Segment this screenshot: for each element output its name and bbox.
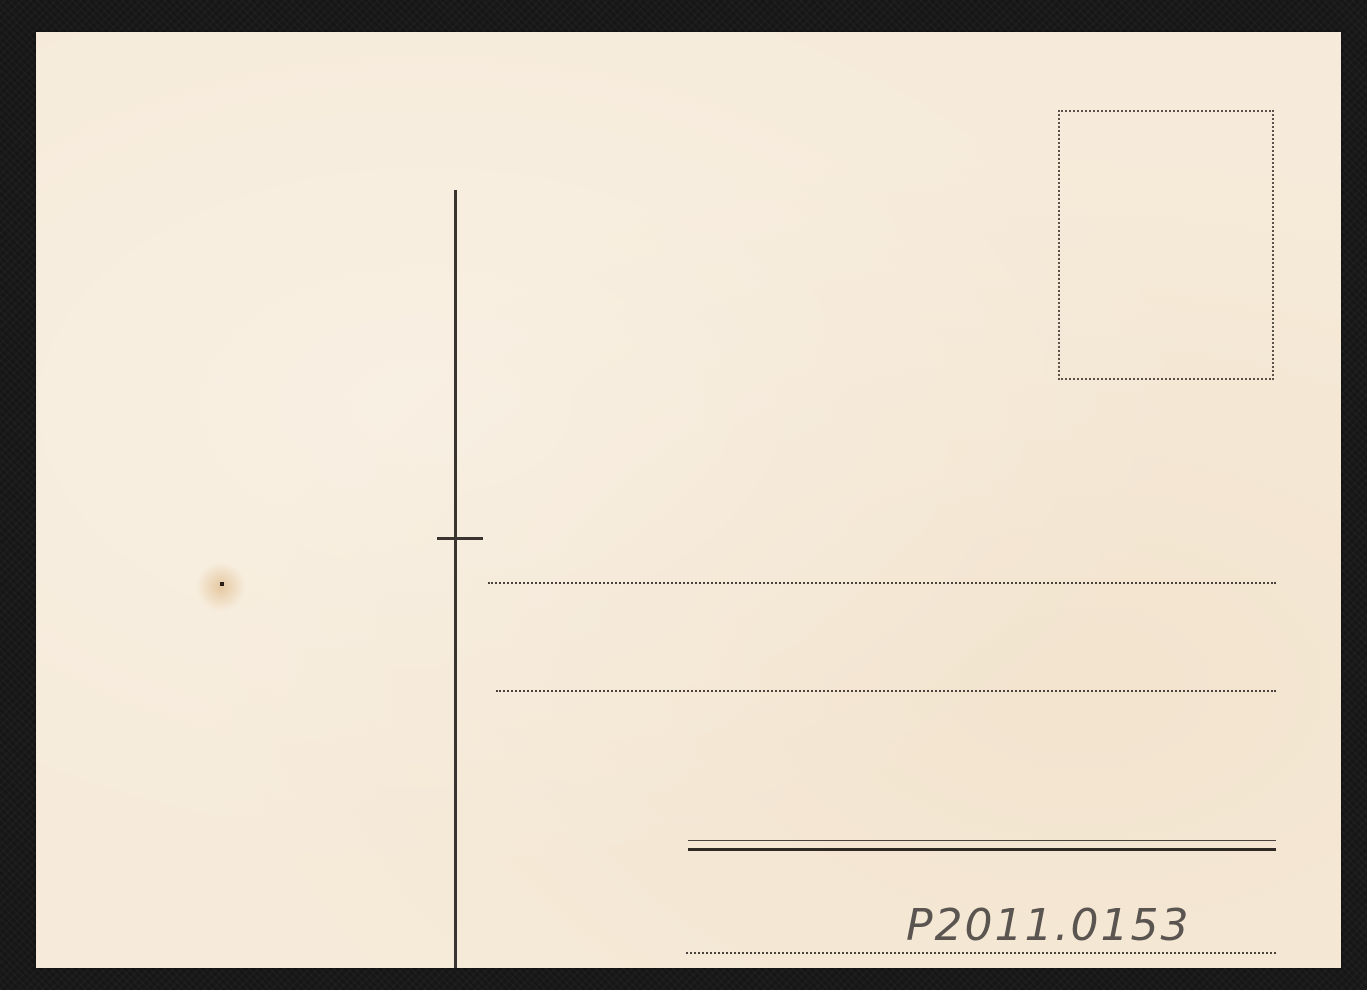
foxing-stain [196,562,246,612]
address-line-4 [686,952,1276,954]
stamp-placement-box [1058,110,1274,380]
address-line-3-top [688,840,1276,841]
stain-speck [220,582,224,586]
address-line-1 [488,582,1276,584]
divider-cross-tick [437,537,483,540]
center-divider-line [454,190,457,968]
address-line-2 [496,690,1276,692]
address-line-3 [688,848,1276,851]
inventory-number: P2011.0153 [906,900,1190,951]
postcard-back: P2011.0153 [36,32,1341,968]
